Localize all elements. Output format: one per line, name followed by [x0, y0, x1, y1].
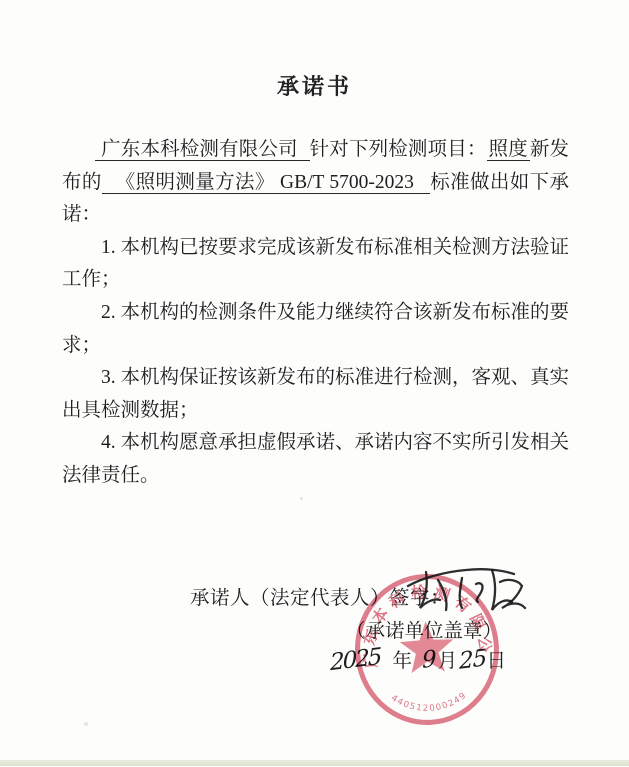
commitment-item-1: 1. 本机构已按要求完成该新发布标准相关检测方法验证工作；: [62, 232, 569, 297]
company-seal-stamp: 广东本科检测有限公司 4405120002497: [348, 567, 506, 733]
test-item-blank: 照度: [487, 139, 530, 161]
seal-star-icon: [399, 620, 455, 674]
scan-speckle: [300, 497, 303, 500]
scan-speckle: [84, 722, 88, 726]
standard-name-blank: 《照明测量方法》 GB/T 5700-2023: [102, 172, 430, 194]
page-title: 承诺书: [0, 70, 629, 101]
scan-edge-shadow: [0, 760, 629, 766]
scanned-commitment-letter: 承诺书 广东本科检测有限公司针对下列检测项目：照度新发布的《照明测量方法》 GB…: [0, 0, 629, 767]
commitment-item-4: 4. 本机构愿意承担虚假承诺、承诺内容不实所引发相关法律责任。: [62, 427, 569, 492]
commitment-item-2: 2. 本机构的检测条件及能力继续符合该新发布标准的要求；: [62, 297, 569, 362]
document-body: 广东本科检测有限公司针对下列检测项目：照度新发布的《照明测量方法》 GB/T 5…: [62, 134, 569, 493]
commitment-item-3: 3. 本机构保证按该新发布的标准进行检测，客观、真实出具检测数据；: [62, 362, 569, 427]
intro-paragraph: 广东本科检测有限公司针对下列检测项目：照度新发布的《照明测量方法》 GB/T 5…: [62, 134, 569, 232]
company-name-blank: 广东本科检测有限公司: [95, 139, 310, 161]
intro-text-projects: 针对下列检测项目：: [310, 139, 487, 160]
